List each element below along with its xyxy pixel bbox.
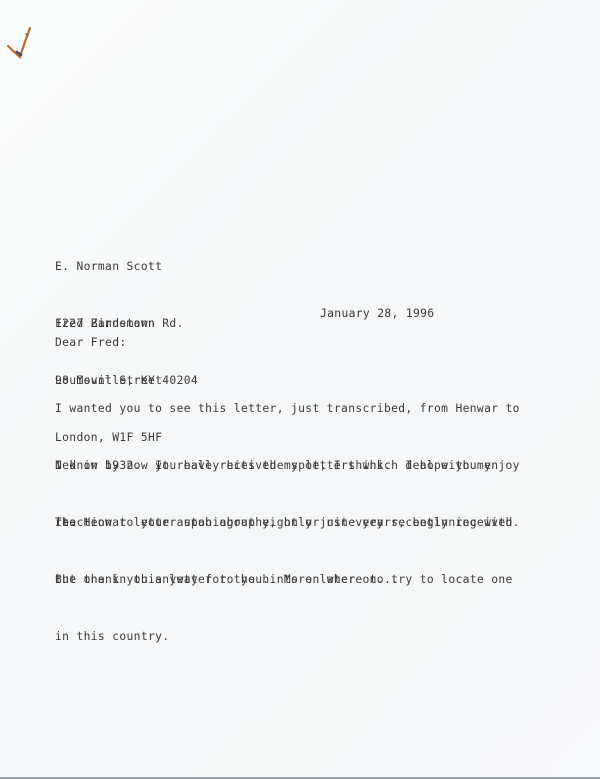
paragraph-line: the one in this letter to you. More late… xyxy=(55,570,513,589)
body-paragraph: The Henwar letter span about eight or ni… xyxy=(55,475,513,627)
paragraph-line: I wanted you to see this letter, just tr… xyxy=(55,399,520,418)
sender-name: E. Norman Scott xyxy=(55,257,198,276)
paragraph-line: in this country. xyxy=(55,627,520,646)
recipient-name: Fred Zinnemann xyxy=(55,314,162,333)
salutation: Dear Fred: xyxy=(55,333,127,352)
paragraph-line: The Henwar letter span about eight or ni… xyxy=(55,513,513,532)
letter-page: E. Norman Scott 1227 Bardstown Rd. Louis… xyxy=(0,0,600,779)
handwritten-checkmark-icon xyxy=(4,22,34,62)
letter-date: January 28, 1996 xyxy=(320,304,434,323)
paragraph-line: I know by now you have received my lette… xyxy=(55,456,520,475)
